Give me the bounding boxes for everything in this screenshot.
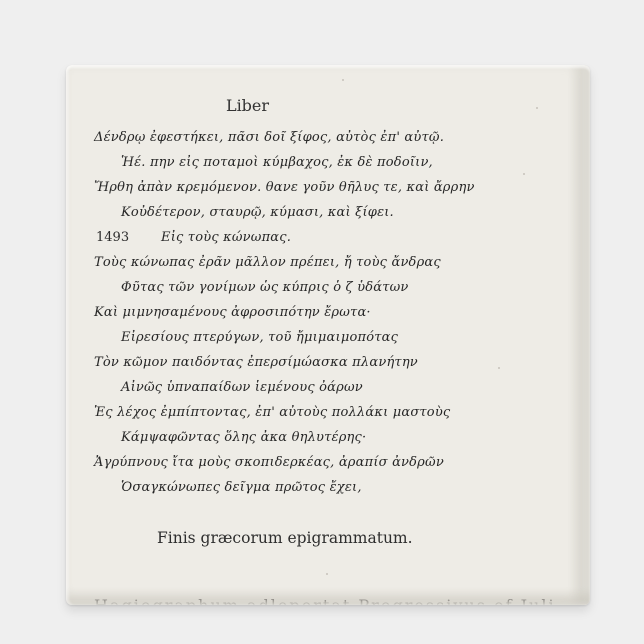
verse-line-4: Κοὐδέτερον, σταυρῷ, κύμασι, καὶ ξίφει. <box>121 205 394 220</box>
verse-line-13: Κάμψαφῶντας ὅλης ἀκα θηλυτέρης· <box>121 430 366 445</box>
tile-bevel-right <box>568 65 590 605</box>
paper-speck <box>498 367 500 369</box>
verse-line-10: Τὸν κῶμον παιδόντας ἐπερσίμώασκα πλανήτη… <box>94 355 418 370</box>
tile-bevel-bottom <box>66 587 590 605</box>
verse-line-12: Ἐς λέχος ἐμπίπτοντας, ἐπ' αὐτοὺς πολλάκι… <box>94 405 450 420</box>
verse-line-11: Αἰνῶς ὑπναπαίδων ἱεμένους ὀάρων <box>121 380 363 395</box>
verse-line-7: Φῦτας τῶν γονίμων ὡς κύπρις ὁ ζ ὑδάτων <box>121 280 409 295</box>
verse-line-15: Ὁσαγκώνωπες δεῖγμα πρῶτος ἔχει, <box>121 480 362 495</box>
verse-title: Εἰς τοὺς κώνωπας. <box>161 230 291 245</box>
page-heading: Liber <box>66 96 429 115</box>
paper-speck <box>536 107 538 109</box>
paper-speck <box>342 79 344 81</box>
verse-number: 1493 <box>96 230 129 245</box>
verse-line-3: Ἤρθη ἀπὰν κρεμόμενον. θανε γοῦν θῆλυς τε… <box>94 180 475 195</box>
printed-page: Liber Δένδρῳ ἐφεστήκει, πᾶσι δοῖ ξίφος, … <box>66 65 590 605</box>
verse-line-8: Καὶ μιμνησαμένους ἀφροσιπότην ἔρωτα· <box>94 305 371 320</box>
verse-line-9: Εἰρεσίους πτερύγων, τοῦ ἤμιμαιμοπότας <box>121 330 398 345</box>
paper-speck <box>523 173 525 175</box>
verse-line-14: Ἀγρύπνους ἴτα μοὺς σκοπιδερκέας, ἀραπίσ … <box>94 455 444 470</box>
verse-line-6: Τοὺς κώνωπας ἐρᾶν μᾶλλον πρέπει, ἤ τοὺς … <box>94 255 441 270</box>
verse-line-1: Δένδρῳ ἐφεστήκει, πᾶσι δοῖ ξίφος, αὐτὸς … <box>94 130 444 145</box>
verse-line-2: Ἡέ. πην εἰς ποταμοὶ κύμβαχος, ἐκ δὲ ποδο… <box>121 155 433 170</box>
product-photo-stage: Liber Δένδρῳ ἐφεστήκει, πᾶσι δοῖ ξίφος, … <box>0 0 644 644</box>
paper-speck <box>326 573 328 575</box>
ceramic-tile: Liber Δένδρῳ ἐφεστήκει, πᾶσι δοῖ ξίφος, … <box>66 65 590 605</box>
closing-line: Finis græcorum epigrammatum. <box>157 529 413 547</box>
